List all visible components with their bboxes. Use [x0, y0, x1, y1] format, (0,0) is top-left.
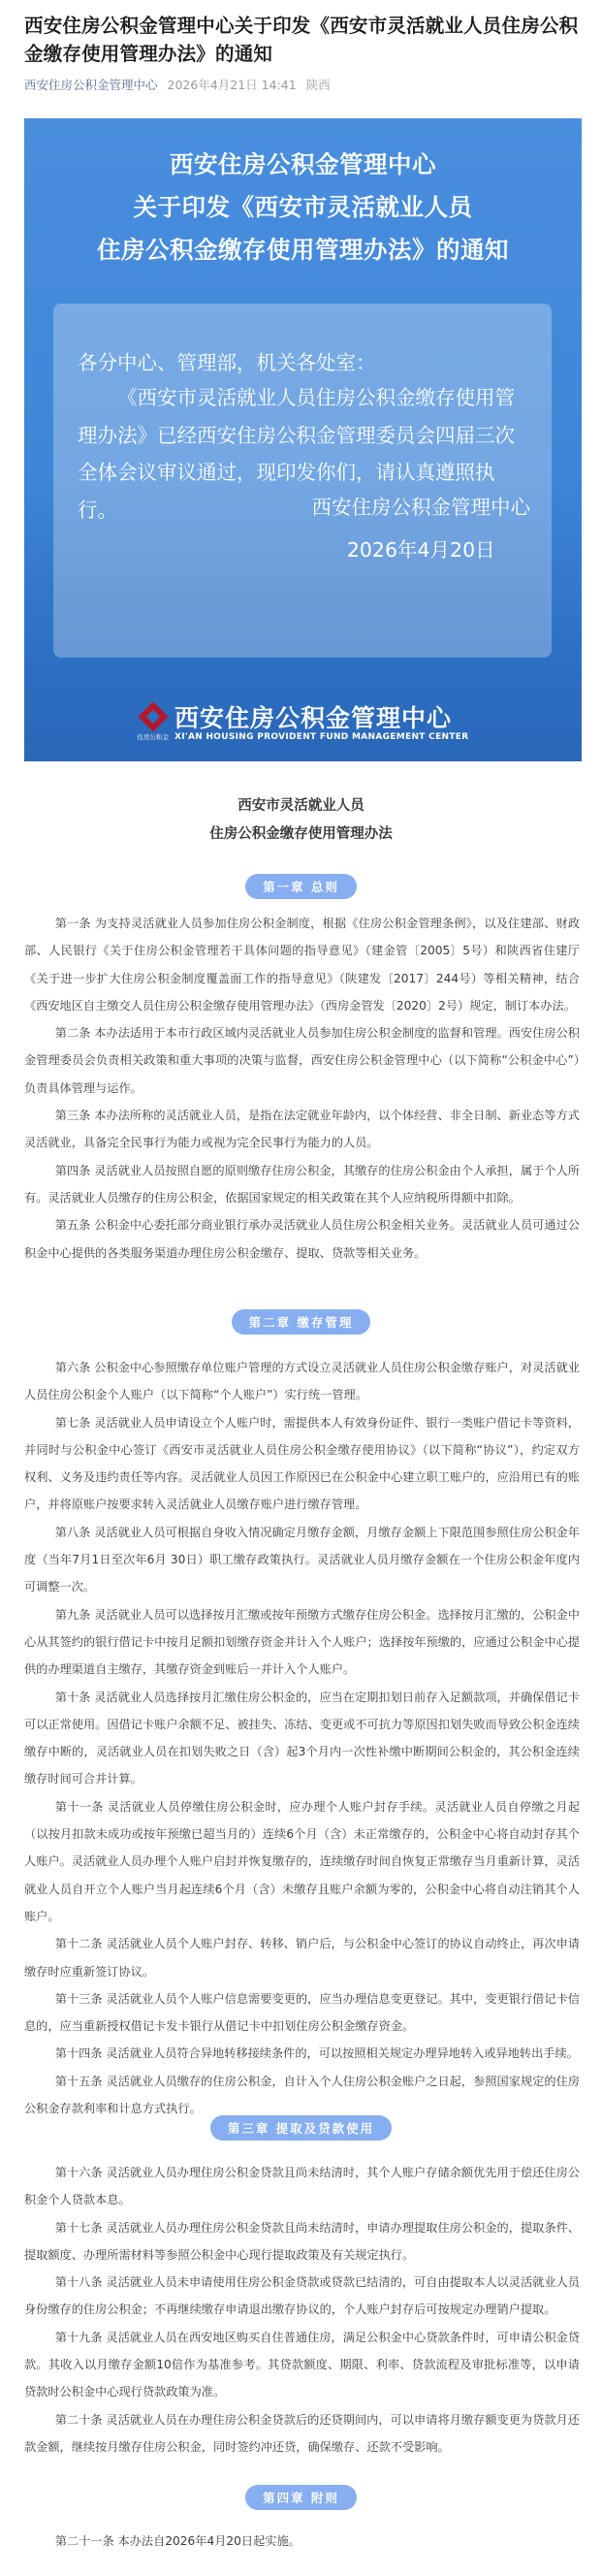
article-paragraph: 第二十一条 本办法自2026年4月20日起实施。	[24, 2528, 580, 2555]
article-paragraph: 第二十条 灵活就业人员在办理住房公积金贷款后的还贷期间内，可以申请将月缴存额变更…	[24, 2406, 580, 2462]
logo-english-name: XI'AN HOUSING PROVIDENT FUND MANAGEMENT …	[174, 732, 468, 742]
article-paragraph: 第一条 为支持灵活就业人员参加住房公积金制度，根据《住房公积金管理条例》，以及住…	[24, 910, 580, 1019]
notice-poster-image: 西安住房公积金管理中心 关于印发《西安市灵活就业人员 住房公积金缴存使用管理办法…	[24, 118, 582, 761]
poster-title-line: 住房公积金缴存使用管理办法》的通知	[24, 229, 582, 272]
article-title: 西安住房公积金管理中心关于印发《西安市灵活就业人员住房公积金缴存使用管理办法》的…	[24, 12, 582, 68]
diamond-logo-icon	[138, 701, 168, 731]
notice-salutation: 各分中心、管理部，机关各处室：	[78, 346, 376, 375]
author-link[interactable]: 西安住房公积金管理中心	[24, 76, 158, 93]
chapter-heading-1: 第一章 总则	[0, 874, 602, 899]
article-paragraph: 第四条 灵活就业人员按照自愿的原则缴存住房公积金，其缴存的住房公积金由个人承担，…	[24, 1157, 580, 1212]
organization-logo: 住房公积金 西安住房公积金管理中心 XI'AN HOUSING PROVIDEN…	[24, 705, 582, 742]
document-title: 西安市灵活就业人员 住房公积金缴存使用管理办法	[0, 792, 602, 849]
article-paragraph: 第十八条 灵活就业人员未申请使用住房公积金贷款或贷款已结清的，可自由提取本人以灵…	[24, 2269, 580, 2324]
article-paragraph: 第十三条 灵活就业人员个人账户信息需要变更的，应当办理信息变更登记。其中，变更银…	[24, 1985, 580, 2041]
chapter-3-articles: 第十六条 灵活就业人员办理住房公积金贷款且尚未结清时，其个人账户存储余额优先用于…	[24, 2159, 580, 2461]
article-header: 西安住房公积金管理中心关于印发《西安市灵活就业人员住房公积金缴存使用管理办法》的…	[24, 12, 582, 93]
article-paragraph: 第十四条 灵活就业人员符合异地转移接续条件的，可以按照相关规定办理异地转入或异地…	[24, 2040, 580, 2067]
article-paragraph: 第十九条 灵活就业人员在西安地区购买自住普通住房，满足公积金中心贷款条件时，可申…	[24, 2324, 580, 2406]
article-paragraph: 第八条 灵活就业人员可根据自身收入情况确定月缴存金额，月缴存金额上下限范围参照住…	[24, 1519, 580, 1601]
article-paragraph: 第九条 灵活就业人员可以选择按月汇缴或按年预缴方式缴存住房公积金。选择按月汇缴的…	[24, 1601, 580, 1684]
article-paragraph: 第六条 公积金中心参照缴存单位账户管理的方式设立灵活就业人员住房公积金缴存账户，…	[24, 1354, 580, 1409]
document-title-line: 住房公积金缴存使用管理办法	[0, 821, 602, 849]
chapter-2-articles: 第六条 公积金中心参照缴存单位账户管理的方式设立灵活就业人员住房公积金缴存账户，…	[24, 1354, 580, 2122]
article-paragraph: 第十一条 灵活就业人员停缴住房公积金时，应办理个人账户封存手续。灵活就业人员自停…	[24, 1793, 580, 1930]
logo-text: 西安住房公积金管理中心 XI'AN HOUSING PROVIDENT FUND…	[174, 705, 468, 742]
notice-signature: 西安住房公积金管理中心	[312, 486, 531, 529]
publish-location: 陕西	[306, 76, 331, 93]
poster-title: 西安住房公积金管理中心 关于印发《西安市灵活就业人员 住房公积金缴存使用管理办法…	[24, 144, 582, 272]
logo-small-text: 住房公积金	[138, 732, 170, 741]
chapter-pill: 第四章 附则	[245, 2485, 357, 2510]
article-paragraph: 第七条 灵活就业人员申请设立个人账户时，需提供本人有效身份证件、银行一类账户借记…	[24, 1409, 580, 1519]
article-paragraph: 第十七条 灵活就业人员办理住房公积金贷款且尚未结清时，申请办理提取住房公积金的，…	[24, 2214, 580, 2270]
chapter-pill: 第三章 提取及贷款使用	[210, 2115, 392, 2141]
notice-date: 2026年4月20日	[312, 529, 531, 571]
article-paragraph: 第二条 本办法适用于本市行政区域内灵活就业人员参加住房公积金制度的监督和管理。西…	[24, 1019, 580, 1102]
chapter-heading-3: 第三章 提取及贷款使用	[0, 2115, 602, 2141]
poster-notice-card: 各分中心、管理部，机关各处室： 《西安市灵活就业人员住房公积金缴存使用管理办法》…	[53, 304, 552, 658]
poster-title-line: 关于印发《西安市灵活就业人员	[24, 186, 582, 229]
logo-chinese-name: 西安住房公积金管理中心	[174, 705, 468, 732]
chapter-1-articles: 第一条 为支持灵活就业人员参加住房公积金制度，根据《住房公积金管理条例》，以及住…	[24, 910, 580, 1267]
article-paragraph: 第三条 本办法所称的灵活就业人员，是指在法定就业年龄内，以个体经营、非全日制、新…	[24, 1102, 580, 1157]
article-paragraph: 第五条 公积金中心委托部分商业银行承办灵活就业人员住房公积金相关业务。灵活就业人…	[24, 1211, 580, 1267]
chapter-4-articles: 第二十一条 本办法自2026年4月20日起实施。	[24, 2528, 580, 2555]
article-paragraph: 第十二条 灵活就业人员个人账户封存、转移、销户后，与公积金中心签订的协议自动终止…	[24, 1930, 580, 1985]
article-paragraph: 第十条 灵活就业人员选择按月汇缴住房公积金的，应当在定期扣划日前存入足额款项，并…	[24, 1684, 580, 1793]
chapter-pill: 第一章 总则	[245, 874, 357, 899]
publish-datetime: 2026年4月21日 14:41	[168, 76, 297, 93]
poster-title-line: 西安住房公积金管理中心	[24, 144, 582, 186]
logo-mark: 住房公积金	[138, 706, 170, 741]
article-paragraph: 第十五条 灵活就业人员缴存的住房公积金，自计入个人住房公积金账户之日起，参照国家…	[24, 2068, 580, 2123]
chapter-heading-2: 第二章 缴存管理	[0, 1309, 602, 1335]
chapter-heading-4: 第四章 附则	[0, 2485, 602, 2510]
article-paragraph: 第十六条 灵活就业人员办理住房公积金贷款且尚未结清时，其个人账户存储余额优先用于…	[24, 2159, 580, 2214]
chapter-pill: 第二章 缴存管理	[232, 1309, 371, 1335]
notice-signature-block: 西安住房公积金管理中心 2026年4月20日	[312, 486, 531, 571]
article-meta: 西安住房公积金管理中心 2026年4月21日 14:41 陕西	[24, 76, 582, 93]
document-title-line: 西安市灵活就业人员	[0, 792, 602, 821]
